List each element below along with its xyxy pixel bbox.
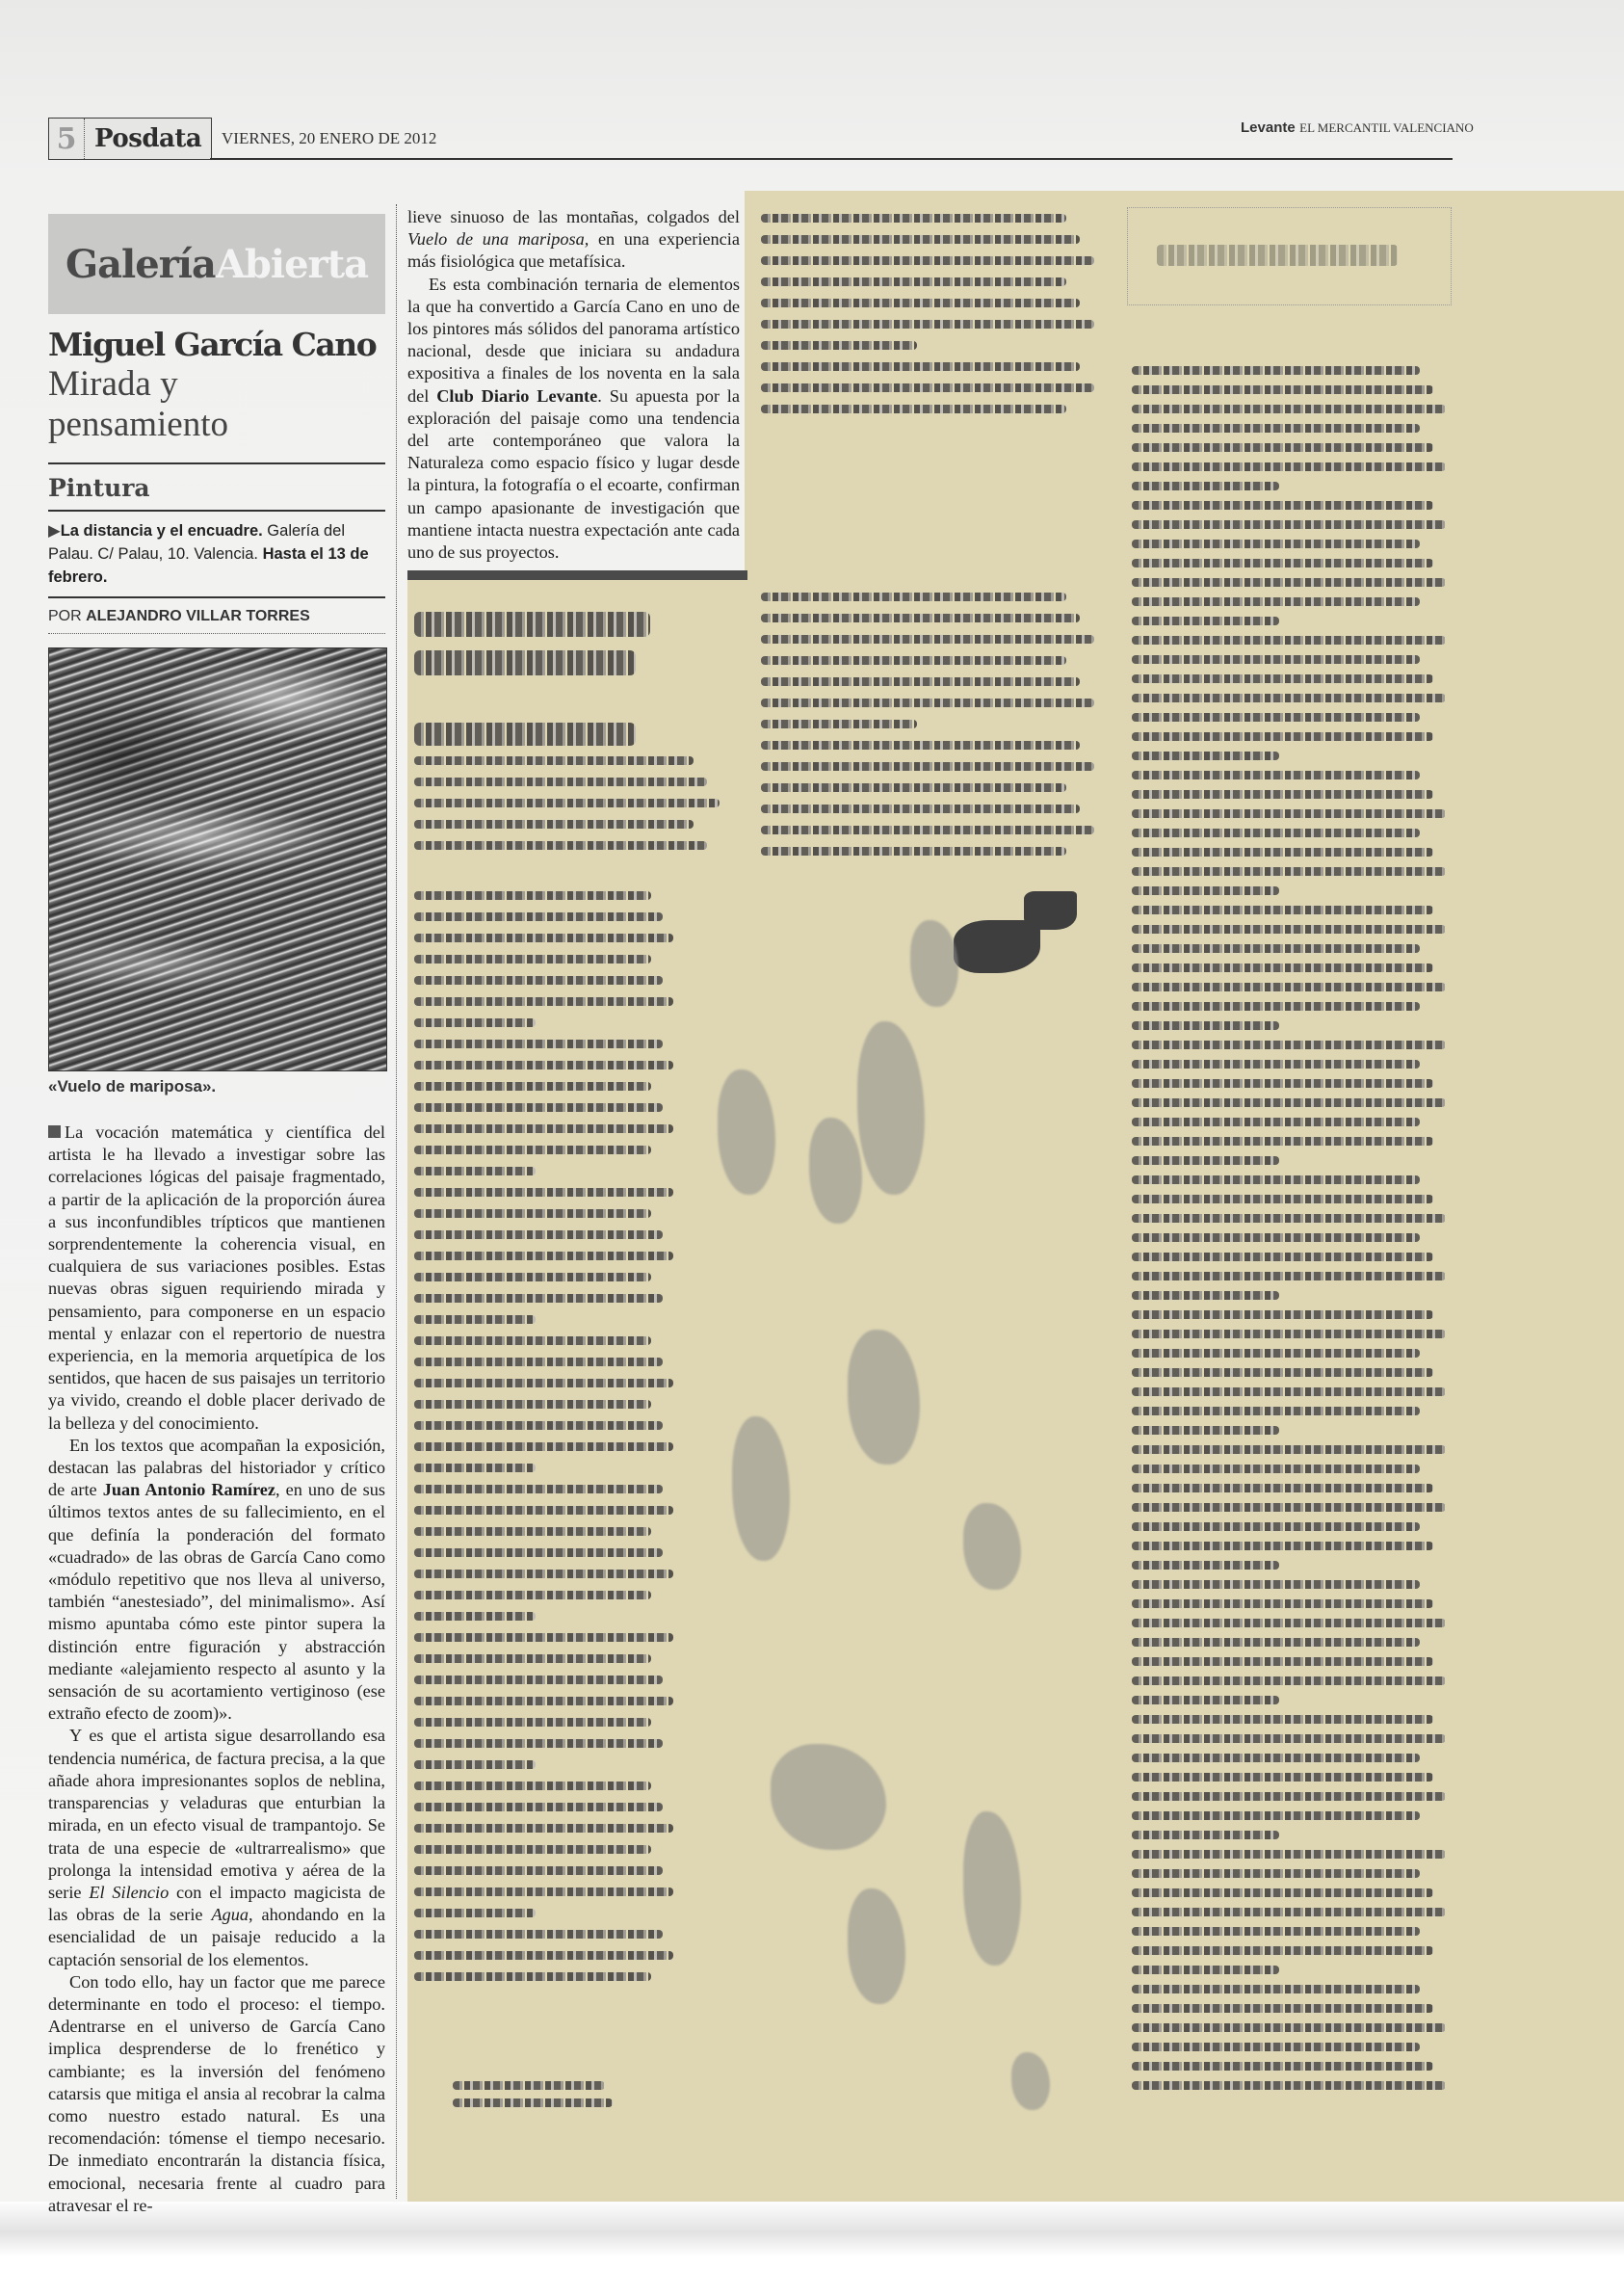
illegible-line bbox=[1132, 983, 1446, 991]
illegible-line bbox=[761, 256, 1094, 265]
illegible-line bbox=[414, 1866, 663, 1875]
illegible-line bbox=[414, 1061, 673, 1069]
illegible-line bbox=[1132, 2043, 1420, 2051]
article-body: La vocación matemática y científica del … bbox=[48, 1122, 385, 2217]
illegible-line bbox=[1132, 1696, 1279, 1704]
illegible-line bbox=[1132, 1676, 1446, 1685]
illegible-line bbox=[1132, 1599, 1433, 1608]
illegible-line bbox=[414, 1760, 536, 1769]
illegible-line bbox=[761, 741, 1080, 750]
illegible-heading bbox=[414, 723, 636, 746]
illegible-line bbox=[1132, 1253, 1433, 1261]
illegible-line bbox=[414, 778, 707, 786]
illegible-line bbox=[1132, 1465, 1420, 1473]
illegible-line bbox=[1132, 366, 1420, 375]
venue-name: Club Diario Levante bbox=[436, 386, 597, 406]
illegible-line bbox=[761, 277, 1066, 286]
illegible-line bbox=[414, 1972, 651, 1981]
illegible-line bbox=[414, 756, 694, 765]
illegible-line bbox=[1132, 540, 1420, 548]
illegible-line bbox=[1132, 636, 1446, 645]
triangle-bullet-icon: ▶ bbox=[48, 522, 61, 540]
illegible-line bbox=[1132, 1426, 1279, 1435]
illegible-line bbox=[1132, 424, 1420, 433]
illegible-line bbox=[1132, 1175, 1420, 1184]
illegible-line bbox=[1132, 443, 1433, 452]
illegible-line bbox=[1132, 1908, 1446, 1916]
illegible-line bbox=[414, 1909, 536, 1917]
illegible-line bbox=[761, 847, 1066, 856]
illegible-line bbox=[414, 1697, 673, 1705]
illegible-line bbox=[414, 1527, 651, 1536]
section-name: Posdata bbox=[85, 124, 201, 153]
illegible-line bbox=[761, 656, 1066, 665]
illegible-line bbox=[1132, 1041, 1446, 1049]
divider bbox=[48, 462, 385, 464]
illegible-line bbox=[1132, 1407, 1420, 1415]
illegible-line bbox=[414, 1188, 673, 1197]
illegible-line bbox=[761, 720, 917, 728]
illegible-line bbox=[414, 1379, 673, 1387]
illegible-line bbox=[761, 762, 1094, 771]
illegible-boxed-title bbox=[1127, 207, 1452, 305]
illegible-line bbox=[1132, 1811, 1420, 1820]
illegible-line bbox=[1132, 1079, 1433, 1088]
page-number: 5 bbox=[49, 119, 85, 159]
illegible-line bbox=[1132, 1291, 1279, 1300]
illegible-line bbox=[1132, 578, 1446, 587]
illegible-line bbox=[414, 841, 707, 850]
illegible-line bbox=[414, 934, 673, 942]
illegible-line bbox=[761, 383, 1094, 392]
artwork-photo bbox=[48, 647, 387, 1071]
illegible-line bbox=[1132, 829, 1420, 837]
illegible-line bbox=[1132, 1002, 1420, 1011]
lead-square-icon bbox=[48, 1125, 61, 1138]
illegible-line bbox=[414, 1485, 663, 1493]
artist-name: Miguel García Cano bbox=[48, 326, 385, 364]
illegible-line bbox=[1132, 1484, 1433, 1492]
illegible-line bbox=[1132, 1330, 1446, 1338]
illegible-line bbox=[414, 1633, 673, 1642]
illegible-line bbox=[1132, 1233, 1420, 1242]
illegible-line bbox=[414, 1018, 536, 1027]
illegible-line bbox=[1132, 963, 1433, 972]
illegible-line bbox=[1132, 1580, 1420, 1589]
illegible-line bbox=[761, 783, 1066, 792]
obscured-image-fragment bbox=[954, 920, 1040, 973]
illegible-line bbox=[1132, 1850, 1446, 1859]
illegible-line bbox=[1132, 809, 1446, 818]
illegible-line bbox=[1132, 385, 1433, 394]
illegible-heading bbox=[1157, 245, 1398, 266]
illegible-line bbox=[414, 1718, 651, 1727]
illegible-line bbox=[1132, 2023, 1446, 2032]
illegible-line bbox=[1132, 1927, 1420, 1936]
illegible-line bbox=[414, 1845, 651, 1854]
illegible-heading bbox=[414, 612, 650, 637]
exhibition-info: ▶La distancia y el encuadre. Galería del… bbox=[48, 519, 385, 589]
illegible-line bbox=[414, 1082, 651, 1091]
article-body-continued: lieve sinuoso de las montañas, colgados … bbox=[407, 206, 740, 564]
illegible-line bbox=[414, 1421, 663, 1430]
illegible-line bbox=[1132, 501, 1433, 510]
illegible-line bbox=[761, 320, 1094, 329]
illegible-line bbox=[414, 1336, 651, 1345]
illegible-line bbox=[414, 1040, 663, 1048]
illegible-line bbox=[1132, 1272, 1446, 1280]
illegible-line bbox=[1132, 1445, 1446, 1454]
illegible-line bbox=[414, 1570, 673, 1578]
artwork-title: Vuelo de una mariposa, bbox=[407, 229, 589, 249]
divider bbox=[48, 596, 385, 598]
paragraph: En los textos que acompañan la exposició… bbox=[48, 1435, 385, 1726]
illegible-line bbox=[414, 891, 651, 900]
brand-subtitle: EL MERCANTIL VALENCIANO bbox=[1299, 120, 1474, 135]
header-rule bbox=[210, 158, 1453, 160]
article-column-1: GaleríaAbierta Miguel García Cano Mirada… bbox=[48, 214, 385, 2217]
illegible-line bbox=[414, 1824, 673, 1833]
illegible-line bbox=[1132, 944, 1420, 953]
illegible-line bbox=[414, 1951, 673, 1960]
illegible-line bbox=[1132, 1754, 1420, 1762]
illegible-line bbox=[414, 1252, 673, 1260]
photo-caption: «Vuelo de mariposa». bbox=[48, 1077, 385, 1096]
illegible-line bbox=[761, 299, 1080, 307]
illegible-line bbox=[414, 1782, 651, 1790]
illegible-line bbox=[761, 826, 1094, 834]
illegible-line bbox=[414, 1103, 663, 1112]
illegible-line bbox=[414, 1803, 663, 1811]
illegible-line bbox=[1132, 1098, 1446, 1107]
person-name: Juan Antonio Ramírez bbox=[103, 1480, 275, 1499]
illegible-line bbox=[1132, 559, 1433, 567]
illegible-line bbox=[414, 955, 651, 963]
illegible-line bbox=[1132, 1195, 1433, 1203]
illegible-line bbox=[414, 820, 694, 829]
byline-prefix: POR bbox=[48, 608, 86, 624]
illegible-line bbox=[414, 1442, 673, 1451]
illegible-line bbox=[1132, 1214, 1446, 1223]
byline-author: ALEJANDRO VILLAR TORRES bbox=[86, 608, 310, 624]
illegible-line bbox=[1132, 1349, 1420, 1358]
illegible-line bbox=[414, 799, 720, 807]
illegible-line bbox=[414, 912, 663, 921]
illegible-line bbox=[761, 699, 1094, 707]
exhibition-title: La distancia y el encuadre. bbox=[61, 522, 263, 540]
illegible-line bbox=[1132, 617, 1279, 625]
obscured-box-top-rule bbox=[407, 570, 747, 580]
illegible-line bbox=[1132, 1888, 1433, 1897]
illegible-line bbox=[414, 1887, 673, 1896]
paragraph: Y es que el artista sigue desarrollando … bbox=[48, 1725, 385, 1970]
banner-word-1: Galería bbox=[65, 242, 216, 287]
illegible-line bbox=[1132, 1657, 1433, 1666]
illegible-line bbox=[1132, 1869, 1420, 1878]
illegible-line bbox=[1132, 1137, 1433, 1146]
illegible-line bbox=[1132, 752, 1279, 760]
illegible-line bbox=[1132, 1985, 1420, 1993]
paragraph: Con todo ello, hay un factor que me pare… bbox=[48, 1971, 385, 2217]
illegible-line bbox=[1132, 1792, 1446, 1801]
illegible-line bbox=[414, 976, 663, 985]
illegible-line bbox=[1132, 790, 1433, 799]
illegible-line bbox=[1132, 694, 1446, 702]
illegible-line bbox=[414, 1654, 651, 1663]
illegible-line bbox=[414, 1930, 663, 1939]
illegible-line bbox=[414, 1294, 663, 1303]
illegible-heading bbox=[414, 650, 636, 675]
illegible-line bbox=[414, 1358, 663, 1366]
illegible-line bbox=[1132, 1522, 1420, 1531]
series-title: El Silencio bbox=[89, 1883, 169, 1902]
column-banner: GaleríaAbierta bbox=[48, 214, 385, 314]
illegible-line bbox=[414, 1167, 536, 1175]
illegible-line bbox=[1132, 1773, 1433, 1782]
illegible-line bbox=[1132, 906, 1433, 914]
illegible-line bbox=[1132, 2081, 1446, 2090]
issue-date: VIERNES, 20 ENERO DE 2012 bbox=[222, 129, 436, 148]
illegible-line bbox=[761, 362, 1080, 371]
illegible-line bbox=[1132, 1368, 1433, 1377]
illegible-line bbox=[761, 677, 1080, 686]
illegible-line bbox=[1132, 597, 1420, 606]
illegible-line bbox=[414, 1676, 663, 1684]
illegible-line bbox=[761, 214, 1066, 223]
illegible-line bbox=[1132, 713, 1420, 722]
illegible-line bbox=[1132, 1946, 1433, 1955]
illegible-line bbox=[761, 635, 1094, 644]
illegible-line bbox=[761, 614, 1080, 622]
illegible-line bbox=[1132, 462, 1446, 471]
illegible-line bbox=[414, 1506, 673, 1515]
illegible-line bbox=[453, 2081, 605, 2090]
paragraph: lieve sinuoso de las montañas, colgados … bbox=[407, 206, 740, 274]
headline-line-1: Mirada y bbox=[48, 364, 385, 405]
illegible-line bbox=[1132, 867, 1446, 876]
illegible-line bbox=[1132, 732, 1433, 741]
discipline-label: Pintura bbox=[48, 474, 385, 502]
illegible-line bbox=[1132, 1831, 1279, 1839]
byline: POR ALEJANDRO VILLAR TORRES bbox=[48, 608, 385, 625]
article-column-2: lieve sinuoso de las montañas, colgados … bbox=[407, 206, 740, 564]
series-title: Agua bbox=[211, 1905, 249, 1924]
illegible-line bbox=[414, 1273, 651, 1281]
illegible-line bbox=[1132, 1118, 1420, 1126]
illegible-line bbox=[1132, 1310, 1433, 1319]
newspaper-brand: Levante EL MERCANTIL VALENCIANO bbox=[1241, 119, 1474, 136]
illegible-line bbox=[761, 341, 917, 350]
illegible-line bbox=[414, 1146, 651, 1154]
illegible-line bbox=[414, 1209, 651, 1218]
illegible-line bbox=[761, 805, 1080, 813]
illegible-line bbox=[761, 593, 1066, 601]
illegible-line bbox=[1132, 886, 1279, 895]
illegible-line bbox=[1132, 1715, 1433, 1724]
illegible-line bbox=[1132, 674, 1433, 683]
illegible-line bbox=[414, 1315, 536, 1324]
illegible-line bbox=[414, 1591, 651, 1599]
illegible-line bbox=[1132, 1542, 1433, 1550]
illegible-line bbox=[1132, 520, 1446, 529]
illegible-line bbox=[1132, 482, 1279, 490]
illegible-line bbox=[1132, 655, 1420, 664]
illegible-line bbox=[414, 1739, 663, 1748]
illegible-line bbox=[1132, 1561, 1279, 1570]
illegible-line bbox=[414, 1464, 536, 1472]
banner-word-2: Abierta bbox=[216, 242, 368, 287]
dotted-divider bbox=[48, 633, 385, 634]
illegible-line bbox=[1132, 1638, 1420, 1647]
illegible-line bbox=[1132, 1387, 1446, 1396]
headline-line-2: pensamiento bbox=[48, 405, 385, 445]
illegible-line bbox=[1132, 2004, 1433, 2013]
illegible-line bbox=[1132, 1619, 1446, 1627]
illegible-line bbox=[414, 1548, 663, 1557]
illegible-line bbox=[761, 235, 1080, 244]
illegible-line bbox=[1132, 925, 1446, 934]
illegible-line bbox=[453, 2098, 613, 2107]
illegible-line bbox=[1132, 1734, 1446, 1743]
paragraph: Es esta combinación ternaria de elemento… bbox=[407, 274, 740, 565]
illegible-line bbox=[1132, 771, 1420, 779]
column-separator bbox=[396, 204, 397, 2199]
paragraph: La vocación matemática y científica del … bbox=[48, 1122, 385, 1435]
divider bbox=[48, 510, 385, 512]
illegible-line bbox=[414, 997, 673, 1006]
illegible-line bbox=[1132, 1966, 1279, 1974]
illegible-line bbox=[1132, 1060, 1420, 1069]
illegible-line bbox=[1132, 1503, 1446, 1512]
illegible-line bbox=[414, 1124, 673, 1133]
section-header: 5 Posdata bbox=[48, 118, 212, 160]
illegible-line bbox=[1132, 1021, 1279, 1030]
illegible-line bbox=[414, 1612, 536, 1621]
illegible-line bbox=[761, 405, 1066, 413]
brand-logo: Levante bbox=[1241, 119, 1296, 136]
illegible-line bbox=[1132, 405, 1446, 413]
illegible-line bbox=[1132, 848, 1433, 857]
illegible-line bbox=[414, 1230, 663, 1239]
illegible-line bbox=[414, 1400, 651, 1409]
illegible-line bbox=[1132, 1156, 1279, 1165]
illegible-line bbox=[1132, 2062, 1433, 2071]
